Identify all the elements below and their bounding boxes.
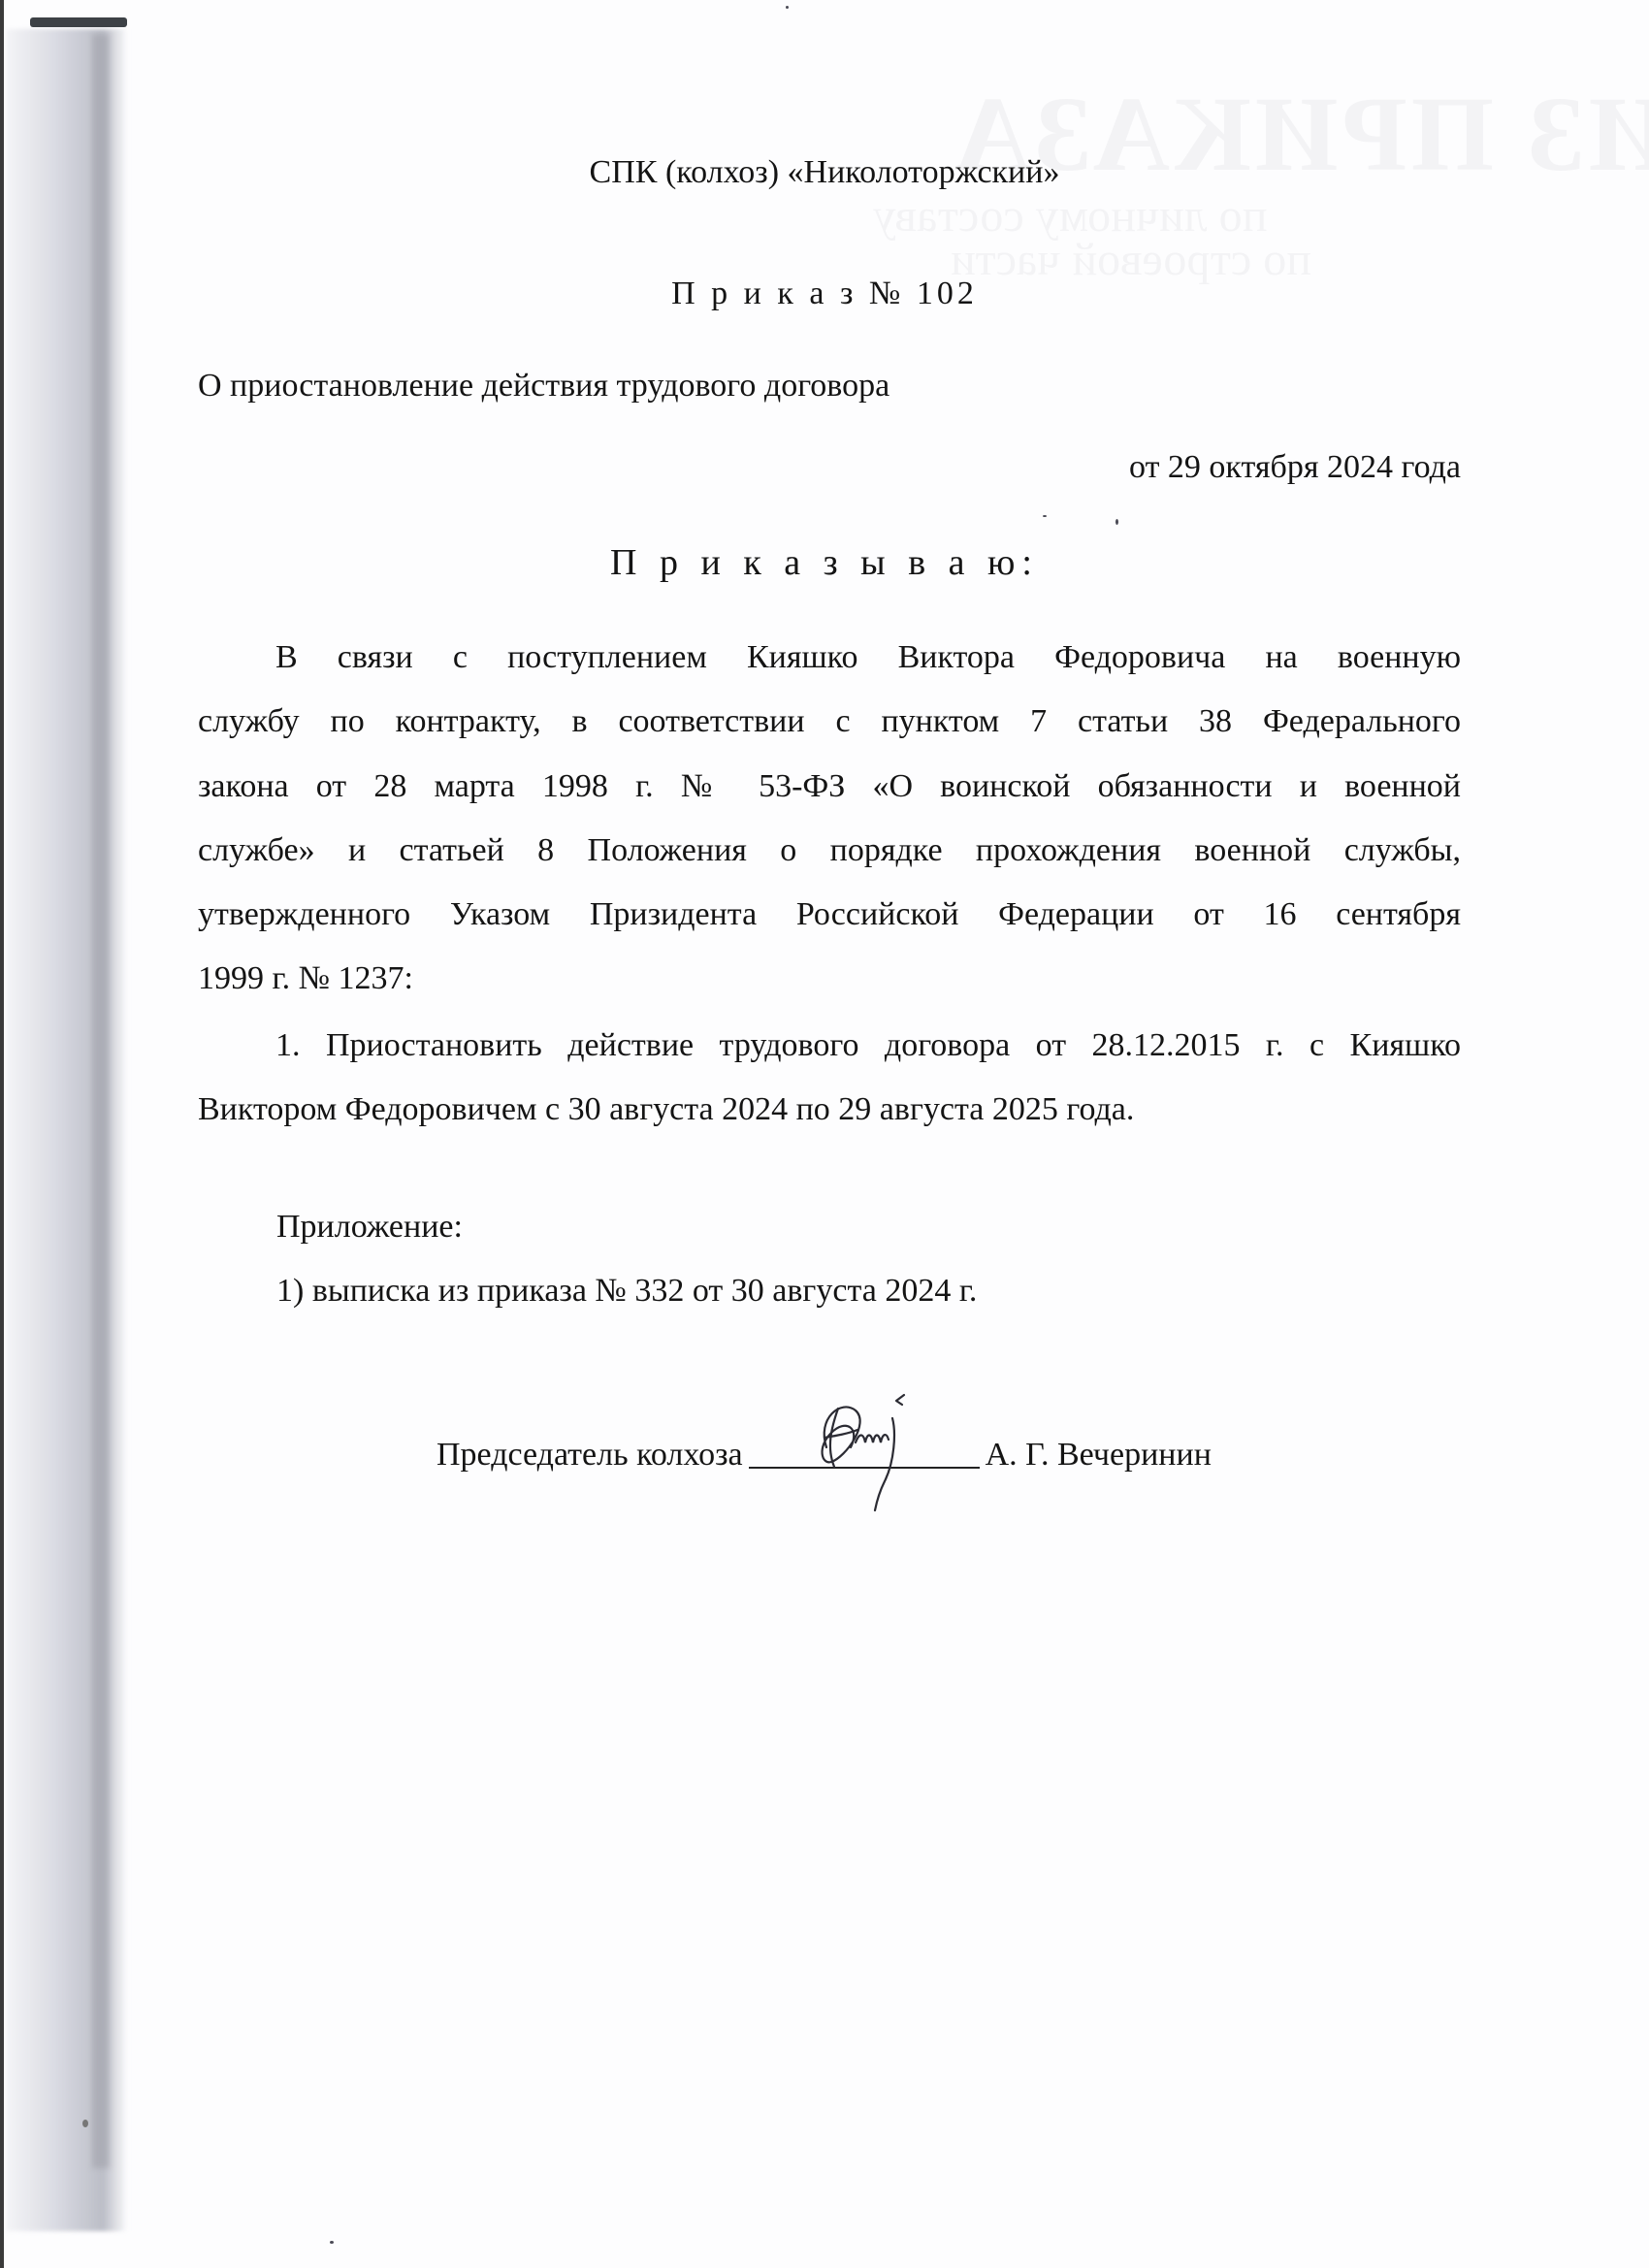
paragraph-line: 1999 г. № 1237:	[198, 947, 1461, 1011]
preamble-paragraph: В связи с поступлением Кияшко Виктора Фе…	[198, 626, 1461, 1012]
paragraph-line: В связи с поступлением Кияшко Виктора Фе…	[198, 626, 1461, 690]
order-subject: О приостановление действия трудового дог…	[198, 367, 889, 405]
handwritten-signature-icon	[788, 1389, 923, 1515]
bleed-through-ghost-text: по личному составу	[873, 189, 1267, 243]
scan-top-bar	[30, 17, 127, 27]
paragraph-line: 1. Приостановить действие трудового дого…	[198, 1014, 1461, 1078]
scan-speck	[1115, 519, 1118, 525]
scan-margin-line	[92, 34, 110, 2168]
signature-line	[749, 1428, 980, 1469]
signature-block: Председатель колхоза А. Г. Вечеринин	[436, 1416, 1212, 1474]
paragraph-line: закона от 28 марта 1998 г. № 53-ФЗ «О во…	[198, 755, 1461, 819]
scan-speck	[82, 2120, 88, 2127]
paragraph-line: Виктором Федоровичем с 30 августа 2024 п…	[198, 1078, 1461, 1142]
order-date: от 29 октября 2024 года	[1129, 448, 1461, 487]
scan-speck	[786, 6, 789, 9]
scan-speck	[330, 2241, 334, 2244]
appendix-item: 1) выписка из приказа № 332 от 30 август…	[276, 1272, 977, 1311]
order-item-1: 1. Приостановить действие трудового дого…	[198, 1014, 1461, 1143]
scan-speck	[1043, 515, 1047, 517]
paragraph-line: утвержденного Указом Призидента Российск…	[198, 883, 1461, 947]
paragraph-line: службу по контракту, в соответствии с пу…	[198, 690, 1461, 754]
signatory-position: Председатель колхоза	[436, 1436, 743, 1474]
signatory-name: А. Г. Вечеринин	[986, 1436, 1212, 1474]
scanned-document-page: ВЫПИСКА ИЗ ПРИКАЗА по личному составу по…	[0, 0, 1649, 2268]
appendix-label: Приложение:	[276, 1208, 463, 1247]
order-number: П р и к а з № 102	[0, 275, 1649, 313]
scan-edge-shadow	[0, 0, 4, 2268]
order-directive-heading: П р и к а з ы в а ю:	[0, 543, 1649, 582]
paragraph-line: службе» и статьей 8 Положения о порядке …	[198, 819, 1461, 883]
organization-title: СПК (колхоз) «Николоторжский»	[0, 153, 1649, 192]
